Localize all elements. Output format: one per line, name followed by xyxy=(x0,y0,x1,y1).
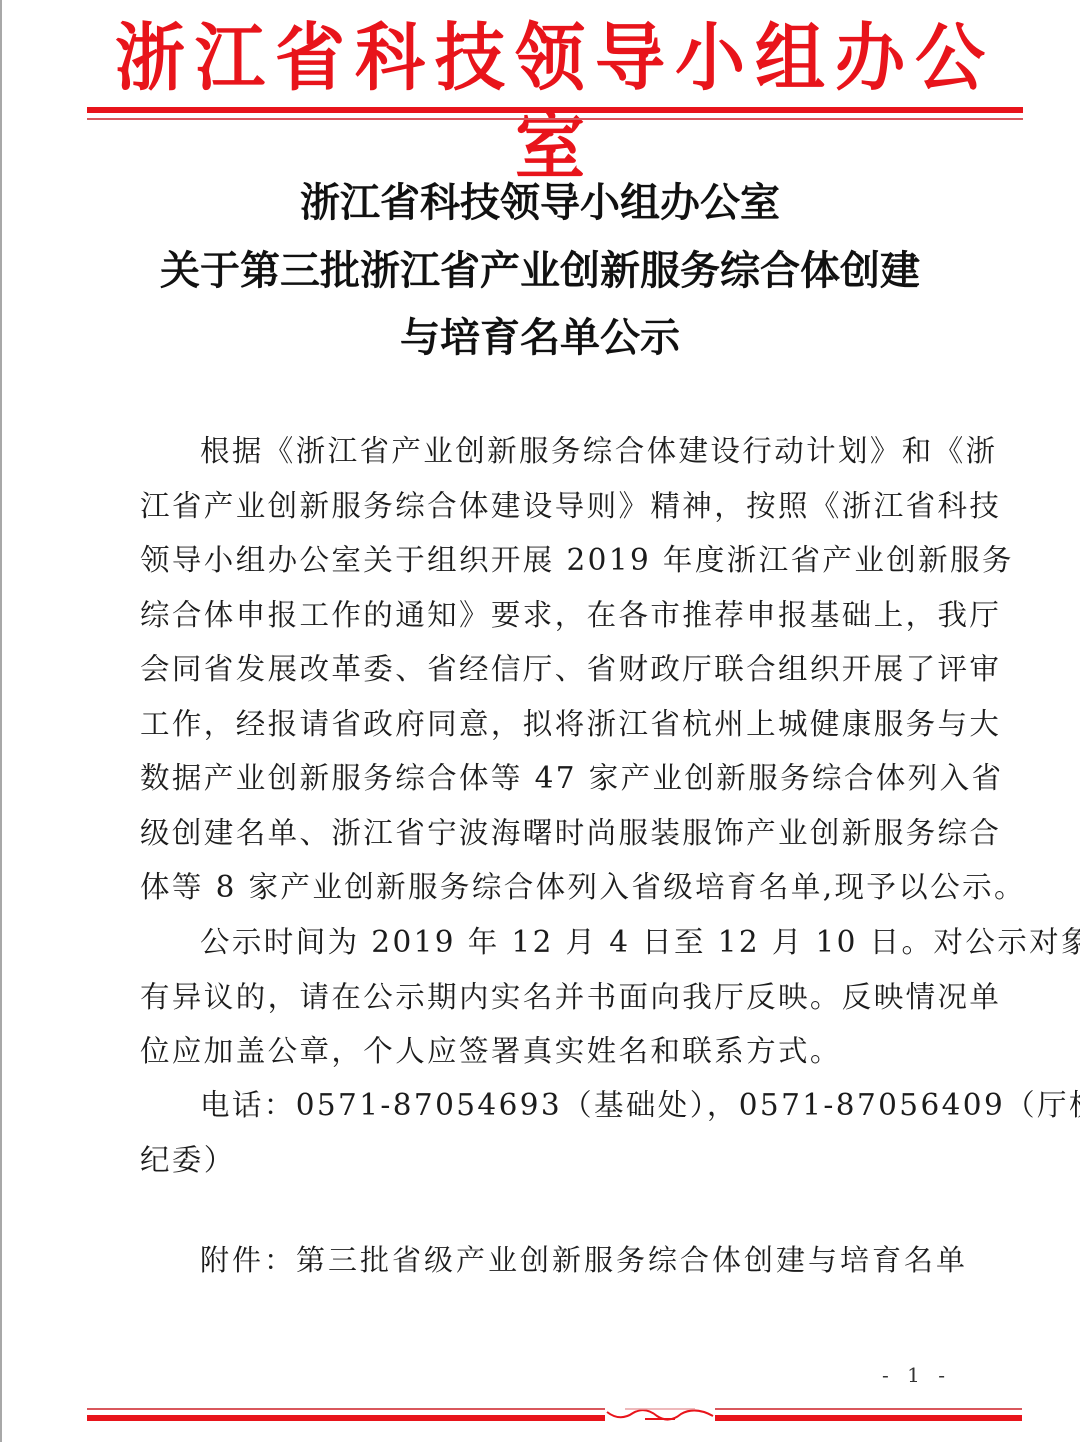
doc-title-line-2: 关于第三批浙江省产业创新服务综合体创建 xyxy=(0,251,1080,291)
letterhead-org-name: 浙江省科技领导小组办公室 xyxy=(87,14,1023,190)
body-paragraph-contact: 电话：0571-87054693（基础处），0571-87056409（厅机关 … xyxy=(140,1078,970,1187)
page-number: - 1 - xyxy=(882,1363,972,1387)
footer-watermark-icon xyxy=(605,1404,715,1424)
body-paragraph-1: 根据《浙江省产业创新服务综合体建设行动计划》和《浙 江省产业创新服务综合体建设导… xyxy=(140,424,970,915)
paragraph-line: 体等 8 家产业创新服务综合体列入省级培育名单,现予以公示。 xyxy=(140,860,970,915)
footer-thick-rule xyxy=(87,1415,1022,1421)
body-paragraph-2: 公示时间为 2019 年 12 月 4 日至 12 月 10 日。对公示对象 有… xyxy=(140,915,970,1079)
paragraph-line: 根据《浙江省产业创新服务综合体建设行动计划》和《浙 xyxy=(140,424,970,479)
paragraph-line: 会同省发展改革委、省经信厅、省财政厅联合组织开展了评审 xyxy=(140,642,970,697)
footer-thin-rule xyxy=(87,1408,1022,1410)
paragraph-line: 江省产业创新服务综合体建设导则》精神，按照《浙江省科技 xyxy=(140,479,970,534)
paragraph-line: 工作，经报请省政府同意，拟将浙江省杭州上城健康服务与大 xyxy=(140,697,970,752)
paragraph-line: 数据产业创新服务综合体等 47 家产业创新服务综合体列入省 xyxy=(140,751,970,806)
doc-title-line-1: 浙江省科技领导小组办公室 xyxy=(0,183,1080,223)
letterhead-thick-rule xyxy=(87,107,1023,113)
paragraph-line: 级创建名单、浙江省宁波海曙时尚服装服饰产业创新服务综合 xyxy=(140,806,970,861)
contact-phone-line: 电话：0571-87054693（基础处），0571-87056409（厅机关 xyxy=(140,1078,970,1133)
paragraph-line: 位应加盖公章，个人应签署真实姓名和联系方式。 xyxy=(140,1024,970,1079)
letterhead-thin-rule xyxy=(87,118,1023,120)
paragraph-line: 有异议的，请在公示期内实名并书面向我厅反映。反映情况单 xyxy=(140,970,970,1025)
doc-title-line-3: 与培育名单公示 xyxy=(0,318,1080,358)
paragraph-line: 公示时间为 2019 年 12 月 4 日至 12 月 10 日。对公示对象 xyxy=(140,915,970,970)
paragraph-line: 综合体申报工作的通知》要求，在各市推荐申报基础上，我厅 xyxy=(140,588,970,643)
contact-phone-line: 纪委） xyxy=(140,1133,970,1188)
attachment-note: 附件：第三批省级产业创新服务综合体创建与培育名单 xyxy=(200,1240,968,1280)
paragraph-line: 领导小组办公室关于组织开展 2019 年度浙江省产业创新服务 xyxy=(140,533,970,588)
